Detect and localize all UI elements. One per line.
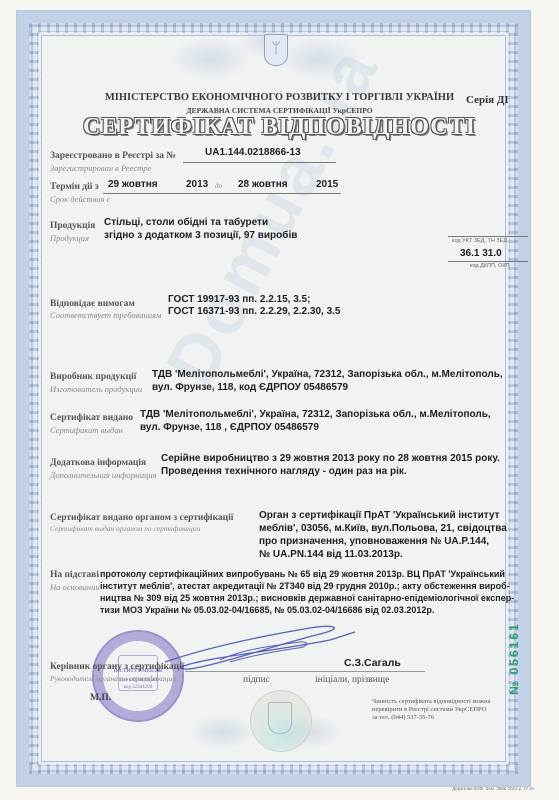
registry-underline [183,162,336,163]
additional-info-line-2: Проведення технічного нагляду - один раз… [161,466,407,479]
series-label: Серія ДІ [466,94,509,106]
issuing-body-label-ru: Сертификат выдан органом по сертификации [50,524,200,533]
seal-label: М.П. [90,693,111,703]
issued-to-label-ru: Сертификат выдан [50,425,123,435]
additional-info-line-1: Серійне виробництво з 29 жовтня 2013 рок… [161,453,500,466]
additional-info-label: Додаткова інформація [50,458,146,468]
additional-info-label-ru: Дополнительная информация [50,470,157,480]
registry-label-ru: Зарегистрирован в Реестре [50,163,151,173]
code-label-2: код ДКПП, ОКП [470,263,509,269]
basis-line-3: ництва № 309 від 25 жовтня 2013р.; висно… [100,592,514,604]
issued-to-label: Сертифікат видано [50,413,133,423]
issuing-body-line-4: № UA.PN.144 від 11.03.2013р. [259,549,403,562]
requirements-label-ru: Соответствует требованиям [50,310,161,320]
head-label-ru: Руководитель органа по сертификации [50,674,176,683]
registry-number: UA1.144.0218866-13 [205,147,301,160]
issued-to-line-2: вул. Фрунзе, 118 , ЄДРПОУ 05486579 [140,422,319,435]
basis-label: На підставі [50,570,99,580]
registry-label: Зареєстровано в Реєстрі за № [50,151,176,161]
handwritten-signature [160,620,360,690]
code-underline-1 [448,236,528,237]
requirements-line-1: ГОСТ 19917-93 пп. 2.2.15, 3.5; [168,294,310,307]
validity-label: Термін дії з [50,182,99,192]
issued-to-line-1: ТДВ 'Мелітопольмеблі', Україна, 72312, З… [140,409,491,422]
manufacturer-line-2: вул. Фрунзе, 118, код ЄДРПОУ 05486579 [152,382,348,395]
manufacturer-label-ru: Изготовитель продукции [50,384,142,394]
validity-label-ru: Срок действия с [50,194,110,204]
issuing-body-line-2: меблів', 03056, м.Київ, вул.Польова, 21,… [259,523,507,536]
product-line-2: згідно з додатком 3 позиції, 97 виробів [104,230,297,243]
validity-to-year: 2015 [316,179,338,192]
stamp-text-3: код 32344290 [108,685,168,690]
manufacturer-label: Виробник продукції [50,372,136,382]
requirements-line-2: ГОСТ 16371-93 пп. 2.2.29, 2.2.30, 3.5 [168,306,340,319]
verification-note-3: за тел. (044) 537-35-76 [372,714,434,723]
product-code-value: 36.1 31.0 [460,248,502,261]
certificate-title: СЕРТИФІКАТ ВІДПОВІДНОСТІ [0,114,559,141]
product-line-1: Стільці, столи обідні та табурети [104,217,268,230]
requirements-label: Відповідає вимогам [50,299,135,309]
issuing-body-line-3: про призначення, уповноваження № UA.P.14… [259,536,489,549]
basis-line-2: інститут меблів', атестат акредитації № … [100,580,510,592]
validity-to-label: до [215,182,222,190]
issuing-body-label: Сертифікат видано органом з сертифікації [50,513,233,523]
code-underline-2 [448,261,528,262]
validity-to-date: 28 жовтня [238,179,288,192]
basis-line-4: тизи МОЗ України № 05.03.02-04/16685, № … [100,604,434,616]
serial-number: № 056161 [507,622,521,695]
code-label-1: код УКТ ЗЕД, ТН ЗЕД [452,238,507,244]
validity-from-date: 29 жовтня [108,179,158,192]
basis-label-ru: На основании [50,582,100,592]
hologram-shield-icon [268,702,292,734]
product-label: Продукція [50,221,95,231]
validity-underline [103,193,341,194]
product-label-ru: Продукция [50,233,89,243]
basis-line-1: протоколу сертифікаційних випробувань № … [100,568,505,580]
validity-from-year: 2013 [186,179,208,192]
manufacturer-line-1: ТДВ 'Мелітопольмеблі', Україна, 72312, З… [152,369,503,382]
coat-of-arms-icon: ᛘ [264,34,288,66]
printer-info: Держзнак КОФ. Зам. 3988 2012 р. IV кв. [452,786,535,791]
issuing-body-line-1: Орган з сертифікації ПрАТ 'Український і… [259,510,500,523]
